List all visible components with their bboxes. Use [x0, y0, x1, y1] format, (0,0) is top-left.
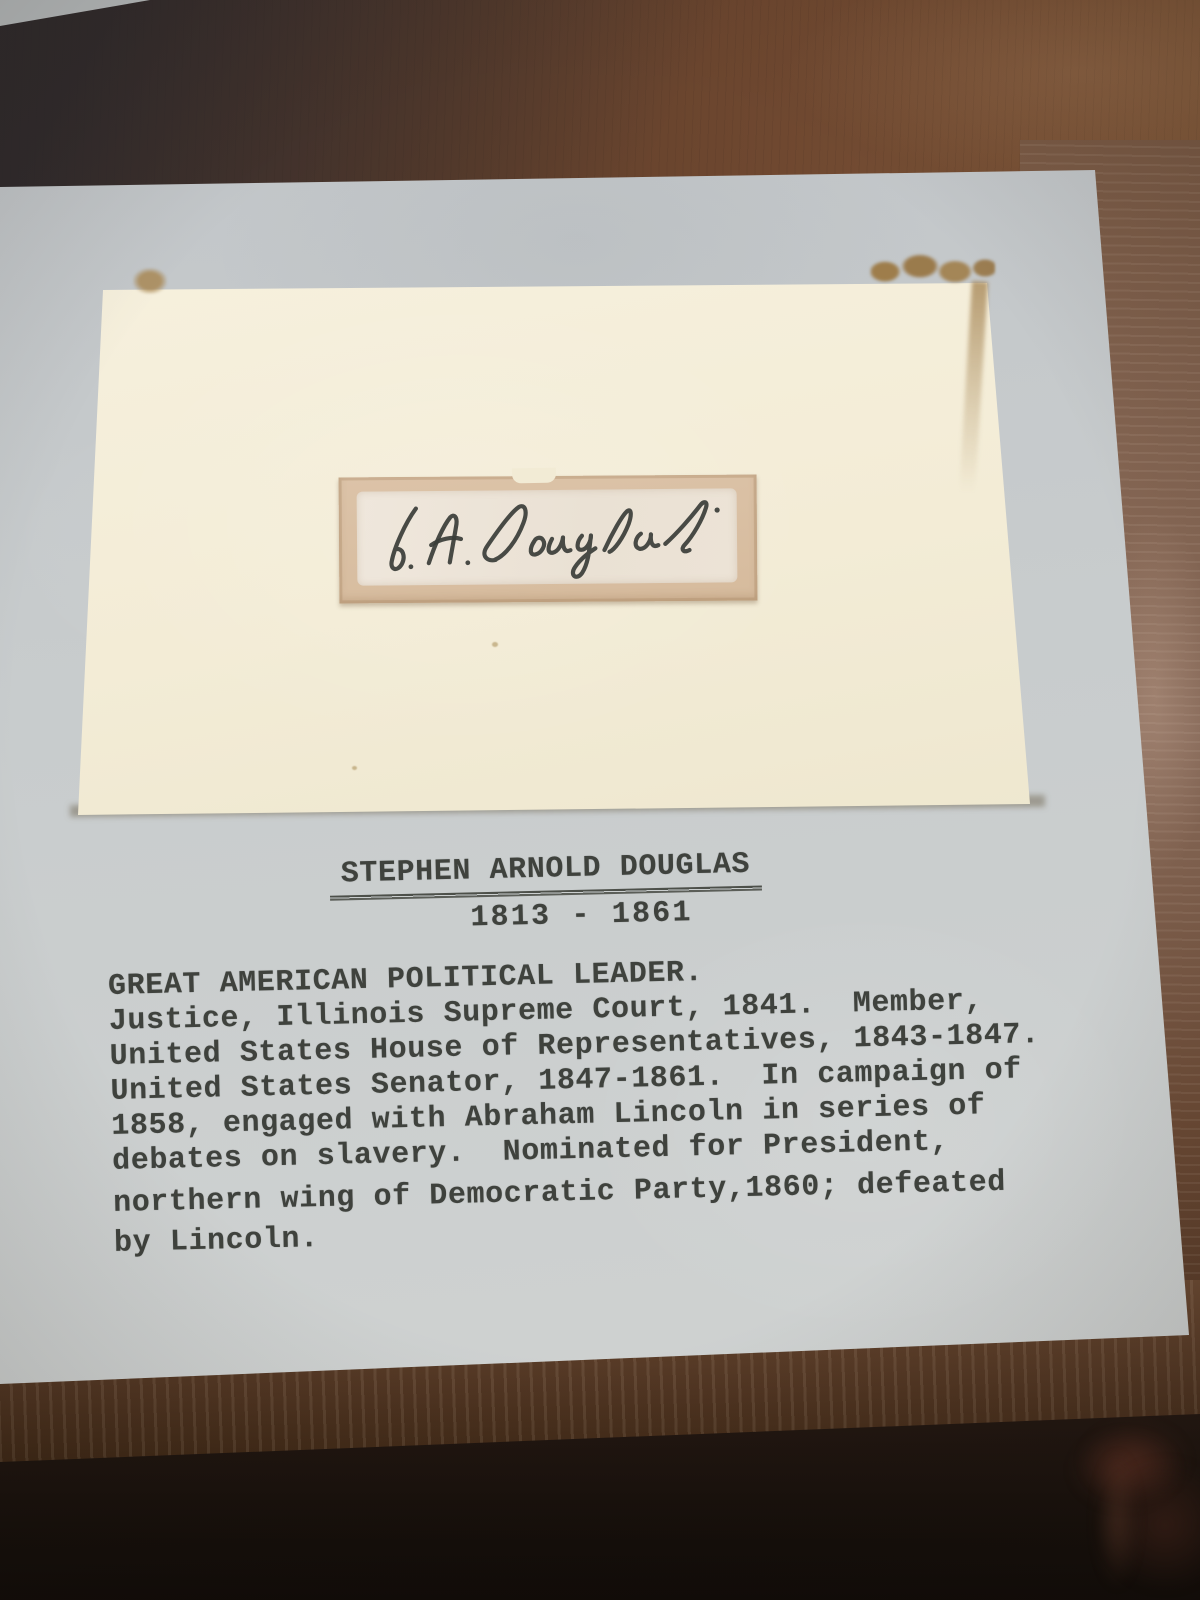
photo-of-autograph-display: STEPHEN ARNOLD DOUGLAS 1813 - 1861 GREAT… — [0, 0, 1200, 1600]
subject-name-text: STEPHEN ARNOLD DOUGLAS — [332, 847, 758, 893]
mount-chip-notch — [512, 468, 556, 484]
signature-autograph — [361, 490, 734, 587]
life-dates: 1813 - 1861 — [141, 887, 1022, 944]
typed-caption-block: STEPHEN ARNOLD DOUGLAS 1813 - 1861 GREAT… — [105, 833, 1074, 1262]
fox-speck — [352, 766, 357, 770]
small-stain — [133, 268, 167, 294]
carpet-area — [1040, 1420, 1200, 1600]
fox-speck — [492, 642, 498, 647]
biography-paragraph: GREAT AMERICAN POLITICAL LEADER. Justice… — [108, 947, 1075, 1262]
table-shadow — [0, 0, 980, 190]
carpet-blur-streak — [1095, 1450, 1139, 1590]
